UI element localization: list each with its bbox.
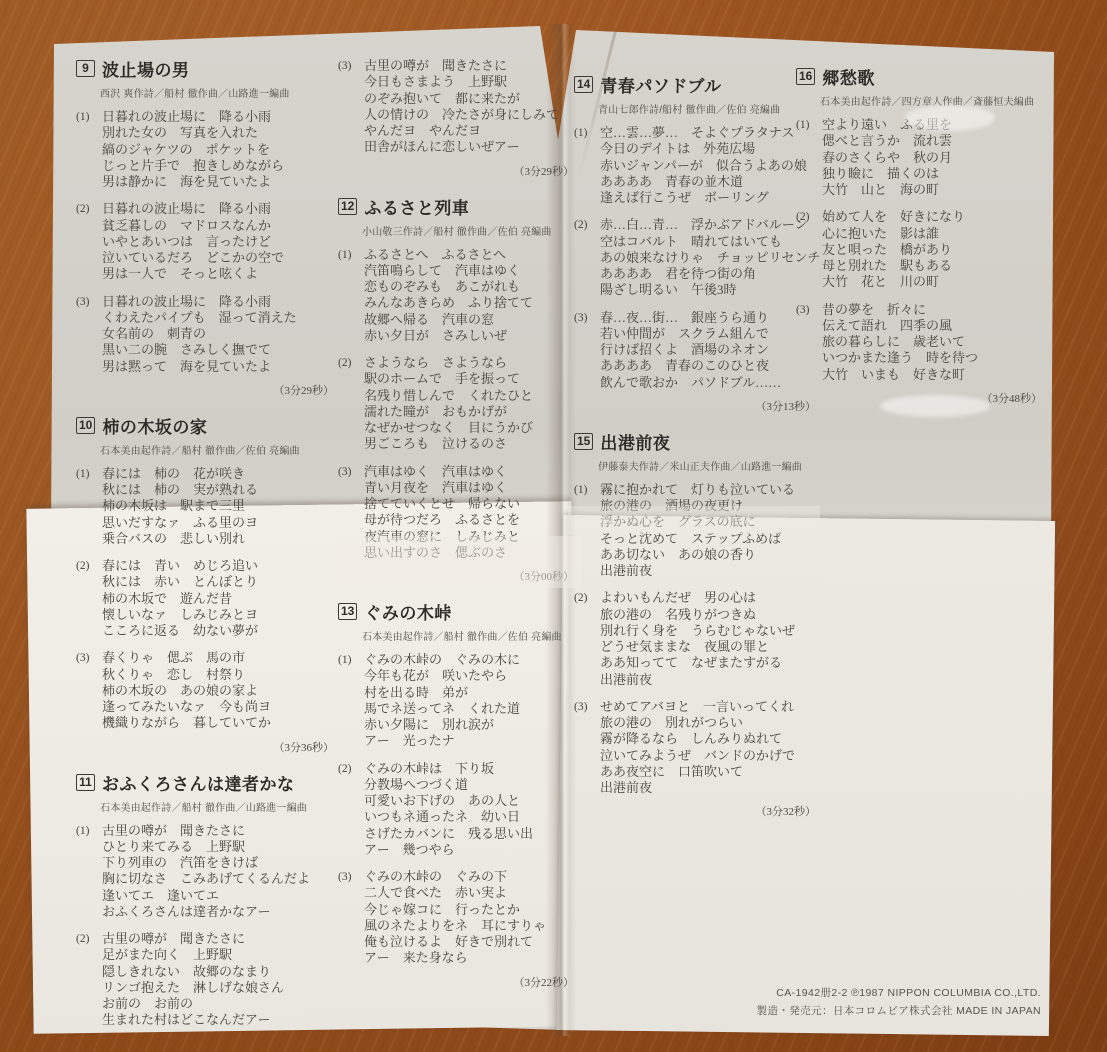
lyric-line: こころに返る 幼ない夢が	[102, 623, 338, 639]
lyrics-column-1: 9波止場の男西沢 爽作詩／船村 徹作曲／山路進一編曲(1)日暮れの波止場に 降る…	[76, 56, 338, 1040]
verse: (3)せめてアバヨと 一言いってくれ旅の港の 別れがつらい霧が降るなら しんみり…	[574, 699, 820, 797]
lyric-line: 古里の噂が 聞きたさに	[102, 931, 338, 947]
lyric-line: 汽笛鳴らして 汽車はゆく	[364, 263, 578, 279]
lyrics-column-3: 14青春パソドブル青山七郎作詩/船村 徹作曲／佐伯 亮編曲(1)空…雲…夢… そ…	[574, 72, 820, 821]
song-title: 波止場の男	[102, 56, 190, 81]
lyric-line: 思いだすなァ ふる里のヨ	[102, 515, 338, 531]
lyric-line: 俺も泣けるよ 好きで別れて	[364, 934, 578, 950]
song-duration: （3分22秒）	[338, 974, 578, 990]
song-number-badge: 13	[338, 603, 357, 620]
verse-number: (2)	[796, 210, 809, 224]
song-block: 15出港前夜伊藤泰夫作詩／米山正夫作曲／山路進一編曲(1)霧に抱かれて 灯りも泣…	[574, 429, 820, 820]
lyric-line: 赤い夕陽に 別れ涙が	[364, 717, 578, 733]
lyric-line: ぐみの木峠の ぐみの下	[364, 869, 578, 885]
song-title: おふくろさんは達者かな	[102, 770, 295, 795]
lyric-line: 村を出る時 弟が	[364, 685, 578, 701]
lyric-line: アー 光ったナ	[364, 733, 578, 749]
lyric-line: ああ夜空に 口笛吹いて	[600, 764, 820, 780]
lyric-line: 別れ行く身を うらむじゃないぜ	[600, 623, 820, 639]
song-title-row: 14青春パソドブル	[574, 72, 820, 97]
lyric-line: 赤い夕日が さみしいぜ	[364, 328, 578, 344]
verse: (2)ぐみの木峠は 下り坂分教場へつづく道可愛いお下げの あの人といつもネ通った…	[338, 761, 578, 859]
lyric-line: さげたカバンに 残る思い出	[364, 826, 578, 842]
verse: (1)空より遠い ふる里を偲べと言うか 流れ雲春のさくらや 秋の月独り瞼に 描く…	[796, 117, 1046, 198]
lyric-line: 日暮れの波止場に 降る小雨	[102, 109, 338, 125]
lyric-line: 出港前夜	[600, 780, 820, 796]
song-number-badge: 15	[574, 433, 593, 450]
lyric-line: 出港前夜	[600, 563, 820, 579]
lyric-line: 春…夜…街… 銀座うら通り	[600, 310, 820, 326]
lyric-line: 霧が降るなら しんみりぬれて	[600, 731, 820, 747]
fold-washout-left	[333, 536, 581, 588]
lyric-line: 旅の暮らしに 歳老いて	[822, 334, 1046, 350]
lyric-line: 故郷へ帰る 汽車の窓	[364, 312, 578, 328]
song-block: 11おふくろさんは達者かな石本美由起作詩／船村 徹作曲／山路進一編曲(1)古里の…	[76, 770, 338, 1029]
verse: (1)ぐみの木峠の ぐみの木に今年も花が 咲いたやら村を出る時 弟が馬でネ送って…	[338, 652, 578, 750]
lyric-line: ああああ 君を待つ街の角	[600, 266, 820, 282]
verse: (2)古里の噂が 聞きたさに足がまた向く 上野駅隠しきれない 故郷のなまりリンゴ…	[76, 931, 338, 1029]
verse-number: (1)	[574, 483, 587, 497]
verse-number: (3)	[338, 59, 351, 73]
verse-number: (3)	[574, 311, 587, 325]
lyric-line: 駅のホームで 手を振って	[364, 371, 578, 387]
lyric-line: 秋には 柿の 実が熟れる	[102, 482, 338, 498]
song-credits: 青山七郎作詩/船村 徹作曲／佐伯 亮編曲	[598, 101, 820, 116]
song-title: 青春パソドブル	[600, 72, 721, 97]
lyric-line: 独り瞼に 描くのは	[822, 166, 1046, 182]
lyric-line: 捨てていくとせ 帰らない	[364, 496, 578, 512]
lyric-line: 女名前の 刺青の	[102, 326, 338, 342]
lyric-line: 行けば招くよ 酒場のネオン	[600, 342, 820, 358]
lyric-line: 黒い二の腕 さみしく撫でて	[102, 342, 338, 358]
verse-number: (3)	[338, 465, 351, 479]
verse: (2)よわいもんだぜ 男の心は旅の港の 名残りがつきぬ別れ行く身を うらむじゃな…	[574, 590, 820, 688]
lyric-line: どうせ気ままな 夜風の罪と	[600, 639, 820, 655]
song-block: 13ぐみの木峠石本美由起作詩／船村 徹作曲／佐伯 亮編曲(1)ぐみの木峠の ぐみ…	[338, 599, 578, 990]
lyric-line: 貧乏暮しの マドロスなんか	[102, 218, 338, 234]
lyric-line: 今じゃ嫁コに 行ったとか	[364, 902, 578, 918]
lyric-line: 男は一人で そっと呟くよ	[102, 266, 338, 282]
song-number-badge: 12	[338, 198, 357, 215]
lyric-line: いつもネ通ったネ 幼い日	[364, 809, 578, 825]
verse-number: (2)	[76, 559, 89, 573]
lyric-line: 古里の噂が 聞きたさに	[102, 823, 338, 839]
lyric-line: 縞のジャケツの ポケットを	[102, 142, 338, 158]
lyric-line: 古里の噂が 聞きたさに	[364, 58, 578, 74]
song-number-badge: 14	[574, 76, 593, 93]
lyric-line: 陽ざし明るい 午後3時	[600, 282, 820, 298]
verse-number: (2)	[574, 218, 587, 232]
lyric-line: 春には 青い めじろ追い	[102, 558, 338, 574]
lyric-line: リンゴ抱えた 淋しげな娘さん	[102, 980, 338, 996]
verse: (1)古里の噂が 聞きたさにひとり来てみる 上野駅下り列車の 汽笛をきけば胸に切…	[76, 823, 338, 921]
lyric-line: アー 来た身なら	[364, 950, 578, 966]
lyric-line: 偲べと言うか 流れ雲	[822, 133, 1046, 149]
song-title-row: 10柿の木坂の家	[76, 413, 338, 438]
lyric-line: 生まれた村はどこなんだアー	[102, 1012, 338, 1028]
song-credits: 石本美由起作詩／船村 徹作曲／山路進一編曲	[100, 799, 338, 814]
song-number-badge: 9	[76, 60, 95, 77]
lyric-line: お前の お前の	[102, 996, 338, 1012]
song-credits: 石本美由起作詩／船村 徹作曲／佐伯 亮編曲	[100, 442, 338, 457]
song-credits: 小山敬三作詩／船村 徹作曲／佐伯 亮編曲	[362, 223, 578, 238]
lyric-line: 日暮れの波止場に 降る小雨	[102, 294, 338, 310]
catalog-copyright-line: CA-1942册2-2 ℗1987 NIPPON COLUMBIA CO.,LT…	[757, 985, 1041, 1002]
verse: (3)春くりゃ 偲ぶ 馬の市秋くりゃ 恋し 村祭り柿の木坂の あの娘の家よ逢って…	[76, 650, 338, 731]
lyric-line: ぐみの木峠は 下り坂	[364, 761, 578, 777]
verse-number: (2)	[338, 762, 351, 776]
lyric-line: さようなら さようなら	[364, 355, 578, 371]
song-title-row: 9波止場の男	[76, 56, 338, 81]
lyric-line: 伝えて語れ 四季の風	[822, 318, 1046, 334]
lyric-line: いやとあいつは 言ったけど	[102, 234, 338, 250]
lyric-line: やんだヨ やんだヨ	[364, 123, 578, 139]
lyric-line: 逢えば行こうぜ ボーリング	[600, 190, 820, 206]
lyric-line: 心に抱いた 影は誰	[822, 226, 1046, 242]
lyric-line: のぞみ抱いて 都に来たが	[364, 91, 578, 107]
paper-glare	[905, 105, 995, 131]
lyric-line: おふくろさんは達者かなアー	[102, 904, 338, 920]
lyric-line: 柿の木坂で 遊んだ昔	[102, 591, 338, 607]
verse-number: (3)	[338, 870, 351, 884]
lyric-line: 飲んで歌おか パソドブル……	[600, 375, 820, 391]
lyric-line: 懐しいなァ しみじみとヨ	[102, 607, 338, 623]
verse: (1)春には 柿の 花が咲き秋には 柿の 実が熟れる柿の木坂は 駅まで三里思いだ…	[76, 466, 338, 547]
song-block: 14青春パソドブル青山七郎作詩/船村 徹作曲／佐伯 亮編曲(1)空…雲…夢… そ…	[574, 72, 820, 414]
lyric-line: 母と別れた 駅もある	[822, 258, 1046, 274]
lyric-line: 赤いジャンパーが 似合うよあの娘	[600, 158, 820, 174]
song-credits: 石本美由起作詩／船村 徹作曲／佐伯 亮編曲	[362, 628, 578, 643]
verse: (1)ふるさとへ ふるさとへ汽笛鳴らして 汽車はゆく恋ものぞみも あこがれもみん…	[338, 247, 578, 345]
song-number-badge: 10	[76, 417, 95, 434]
lyric-line: 男ごころも 泣けるのさ	[364, 436, 578, 452]
lyric-line: 逢ってみたいなァ 今も尚ヨ	[102, 699, 338, 715]
lyric-line: 泣いているだろ どこかの空で	[102, 250, 338, 266]
verse-number: (1)	[338, 248, 351, 262]
lyric-line: 乗合バスの 悲しい別れ	[102, 531, 338, 547]
lyric-line: 馬でネ送ってネ くれた道	[364, 701, 578, 717]
lyric-line: ああ切ない あの娘の香り	[600, 547, 820, 563]
verse: (3)古里の噂が 聞きたさに今日もさまよう 上野駅のぞみ抱いて 都に来たが人の情…	[338, 58, 578, 156]
song-title: ぐみの木峠	[364, 599, 452, 624]
song-duration: （3分13秒）	[574, 398, 820, 414]
song-number-badge: 16	[796, 68, 815, 85]
lyric-line: 風のネたよりをネ 耳にすりゃ	[364, 918, 578, 934]
lyric-line: 機織りながら 暮していてか	[102, 715, 338, 731]
lyric-line: 昔の夢を 折々に	[822, 302, 1046, 318]
song-duration: （3分32秒）	[574, 803, 820, 819]
lyric-line: ひとり来てみる 上野駅	[102, 839, 338, 855]
verse: (1)空…雲…夢… そよぐプラタナス今日のデイトは 外苑広場赤いジャンパーが 似…	[574, 125, 820, 206]
verse-number: (3)	[574, 700, 587, 714]
song-block: 12ふるさと列車小山敬三作詩／船村 徹作曲／佐伯 亮編曲(1)ふるさとへ ふるさ…	[338, 194, 578, 585]
song-title: 柿の木坂の家	[102, 413, 207, 438]
lyric-line: 逢いてエ 逢いてエ	[102, 888, 338, 904]
lyric-line: あの娘来なけりゃ チョッピリセンチ	[600, 250, 820, 266]
verse: (3)ぐみの木峠の ぐみの下二人で食べた 赤い実よ今じゃ嫁コに 行ったとか風のネ…	[338, 869, 578, 967]
song-duration: （3分29秒）	[76, 382, 338, 398]
lyric-line: 旅の港の 名残りがつきぬ	[600, 607, 820, 623]
lyric-line: いつかまた逢う 時を待つ	[822, 350, 1046, 366]
lyric-line: 若い仲間が スクラム組んで	[600, 326, 820, 342]
lyric-line: 春くりゃ 偲ぶ 馬の市	[102, 650, 338, 666]
paper-glare	[880, 395, 990, 417]
lyric-line: 恋ものぞみも あこがれも	[364, 279, 578, 295]
manufacturer-line: 製造・発売元：日本コロムビア株式会社 MADE IN JAPAN	[757, 1003, 1041, 1020]
lyric-line: 日暮れの波止場に 降る小雨	[102, 201, 338, 217]
lyric-line: ぐみの木峠の ぐみの木に	[364, 652, 578, 668]
lyric-line: よわいもんだぜ 男の心は	[600, 590, 820, 606]
lyric-line: 友と唄った 橋があり	[822, 242, 1046, 258]
lyric-line: 泣いてみようぜ バンドのかげで	[600, 748, 820, 764]
lyric-line: じっと片手で 抱きしめながら	[102, 158, 338, 174]
lyric-line: 人の情けの 冷たさが身にしみて	[364, 107, 578, 123]
lyric-line: 空…雲…夢… そよぐプラタナス	[600, 125, 820, 141]
verse-number: (1)	[338, 653, 351, 667]
lyric-line: 大竹 山と 海の町	[822, 182, 1046, 198]
lyric-line: 柿の木坂の あの娘の家よ	[102, 683, 338, 699]
verse: (3)春…夜…街… 銀座うら通り若い仲間が スクラム組んで行けば招くよ 酒場のネ…	[574, 310, 820, 391]
lyric-line: 母が待つだろ ふるさとを	[364, 512, 578, 528]
lyric-line: 二人で食べた 赤い実よ	[364, 885, 578, 901]
lyrics-column-2: (3)古里の噂が 聞きたさに今日もさまよう 上野駅のぞみ抱いて 都に来たが人の情…	[338, 58, 578, 992]
lyric-line: 今年も花が 咲いたやら	[364, 668, 578, 684]
lyric-line: くわえたパイプも 湿って消えた	[102, 310, 338, 326]
song-title: 出港前夜	[600, 429, 670, 454]
song-duration: （3分29秒）	[338, 163, 578, 179]
lyric-line: ふるさとへ ふるさとへ	[364, 247, 578, 263]
lyric-line: 出港前夜	[600, 672, 820, 688]
lyric-line: ああああ 青春の並木道	[600, 174, 820, 190]
lyric-line: 青い月夜を 汽車はゆく	[364, 480, 578, 496]
lyric-line: 空はコバルト 晴れてはいても	[600, 234, 820, 250]
lyric-line: 分教場へつづく道	[364, 777, 578, 793]
verse-number: (1)	[76, 824, 89, 838]
lyric-line: 霧に抱かれて 灯りも泣いている	[600, 482, 820, 498]
lyric-line: なぜかせつなく 目にうかび	[364, 420, 578, 436]
verse: (2)さようなら さようなら駅のホームで 手を振って名残り惜しんで くれたひと濡…	[338, 355, 578, 453]
lyric-line: 可愛いお下げの あの人と	[364, 793, 578, 809]
song-title-row: 15出港前夜	[574, 429, 820, 454]
lyric-line: 秋くりゃ 恋し 村祭り	[102, 667, 338, 683]
lyric-line: 旅の港の 別れがつらい	[600, 715, 820, 731]
verse-number: (3)	[76, 651, 89, 665]
lyric-line: 隠しきれない 故郷のなまり	[102, 964, 338, 980]
song-block: (3)古里の噂が 聞きたさに今日もさまよう 上野駅のぞみ抱いて 都に来たが人の情…	[338, 58, 578, 179]
verse-number: (2)	[76, 202, 89, 216]
lyric-line: 柿の木坂は 駅まで三里	[102, 498, 338, 514]
verse: (2)始めて人を 好きになり心に抱いた 影は誰友と唄った 橋があり母と別れた 駅…	[796, 209, 1046, 290]
lyric-line: 下り列車の 汽笛をきけば	[102, 855, 338, 871]
verse-number: (1)	[76, 467, 89, 481]
lyric-line: 大竹 いまも 好きな町	[822, 367, 1046, 383]
song-block: 10柿の木坂の家石本美由起作詩／船村 徹作曲／佐伯 亮編曲(1)春には 柿の 花…	[76, 413, 338, 755]
verse: (3)昔の夢を 折々に伝えて語れ 四季の風旅の暮らしに 歳老いていつかまた逢う …	[796, 302, 1046, 383]
lyric-line: ああああ 青春のこのひと夜	[600, 358, 820, 374]
lyric-line: 今日のデイトは 外苑広場	[600, 141, 820, 157]
song-title-row: 13ぐみの木峠	[338, 599, 578, 624]
verse: (2)赤…白…青… 浮かぶアドバルーン空はコバルト 晴れてはいてもあの娘来なけり…	[574, 217, 820, 298]
verse-number: (1)	[76, 110, 89, 124]
lyric-line: 汽車はゆく 汽車はゆく	[364, 464, 578, 480]
verse-number: (3)	[796, 303, 809, 317]
verse: (2)春には 青い めじろ追い秋には 赤い とんぼとり柿の木坂で 遊んだ昔懐しい…	[76, 558, 338, 639]
verse-number: (2)	[76, 932, 89, 946]
lyric-line: アー 幾つやら	[364, 842, 578, 858]
song-credits: 伊藤泰夫作詩／米山正夫作曲／山路進一編曲	[598, 458, 820, 473]
song-credits: 西沢 爽作詩／船村 徹作曲／山路進一編曲	[100, 85, 338, 100]
lyric-line: 田舎がほんに恋しいぜアー	[364, 139, 578, 155]
verse: (2)日暮れの波止場に 降る小雨貧乏暮しの マドロスなんかいやとあいつは 言った…	[76, 201, 338, 282]
song-title: ふるさと列車	[364, 194, 469, 219]
lyric-line: 名残り惜しんで くれたひと	[364, 388, 578, 404]
lyric-line: せめてアバヨと 一言いってくれ	[600, 699, 820, 715]
verse-number: (2)	[574, 591, 587, 605]
verse: (1)日暮れの波止場に 降る小雨別れた女の 写真を入れた縞のジャケツの ポケット…	[76, 109, 338, 190]
lyric-line: ああ知ってて なぜまたすがる	[600, 655, 820, 671]
lyric-line: 春には 柿の 花が咲き	[102, 466, 338, 482]
photo-of-lyrics-sheet: 9波止場の男西沢 爽作詩／船村 徹作曲／山路進一編曲(1)日暮れの波止場に 降る…	[0, 0, 1107, 1052]
song-title-row: 12ふるさと列車	[338, 194, 578, 219]
lyric-line: みんなあきらめ ふり捨てて	[364, 295, 578, 311]
lyric-line: 大竹 花と 川の町	[822, 274, 1046, 290]
lyric-line: 別れた女の 写真を入れた	[102, 125, 338, 141]
lyric-line: 始めて人を 好きになり	[822, 209, 1046, 225]
song-number-badge: 11	[76, 774, 95, 791]
lyric-line: 男は黙って 海を見ていたよ	[102, 359, 338, 375]
lyric-line: 男は静かに 海を見ていたよ	[102, 174, 338, 190]
lyric-line: 春のさくらや 秋の月	[822, 150, 1046, 166]
lyric-line: 今日もさまよう 上野駅	[364, 74, 578, 90]
song-title-row: 11おふくろさんは達者かな	[76, 770, 338, 795]
verse: (3)日暮れの波止場に 降る小雨くわえたパイプも 湿って消えた女名前の 刺青の黒…	[76, 294, 338, 375]
lyric-line: 足がまた向く 上野駅	[102, 947, 338, 963]
lyric-line: 濡れた瞳が おもかげが	[364, 404, 578, 420]
song-block: 9波止場の男西沢 爽作詩／船村 徹作曲／山路進一編曲(1)日暮れの波止場に 降る…	[76, 56, 338, 398]
lyric-line: 赤…白…青… 浮かぶアドバルーン	[600, 217, 820, 233]
lyric-line: 秋には 赤い とんぼとり	[102, 574, 338, 590]
verse-number: (2)	[338, 356, 351, 370]
verse-number: (1)	[574, 126, 587, 140]
song-duration: （3分36秒）	[76, 739, 338, 755]
publisher-footer: CA-1942册2-2 ℗1987 NIPPON COLUMBIA CO.,LT…	[757, 985, 1041, 1020]
verse-number: (3)	[76, 295, 89, 309]
verse-number: (1)	[796, 118, 809, 132]
song-title: 郷愁歌	[822, 64, 875, 89]
lyric-line: 胸に切なさ こみあげてくるんだよ	[102, 871, 338, 887]
fold-washout-right	[568, 506, 820, 534]
song-title-row: 16郷愁歌	[796, 64, 1046, 89]
